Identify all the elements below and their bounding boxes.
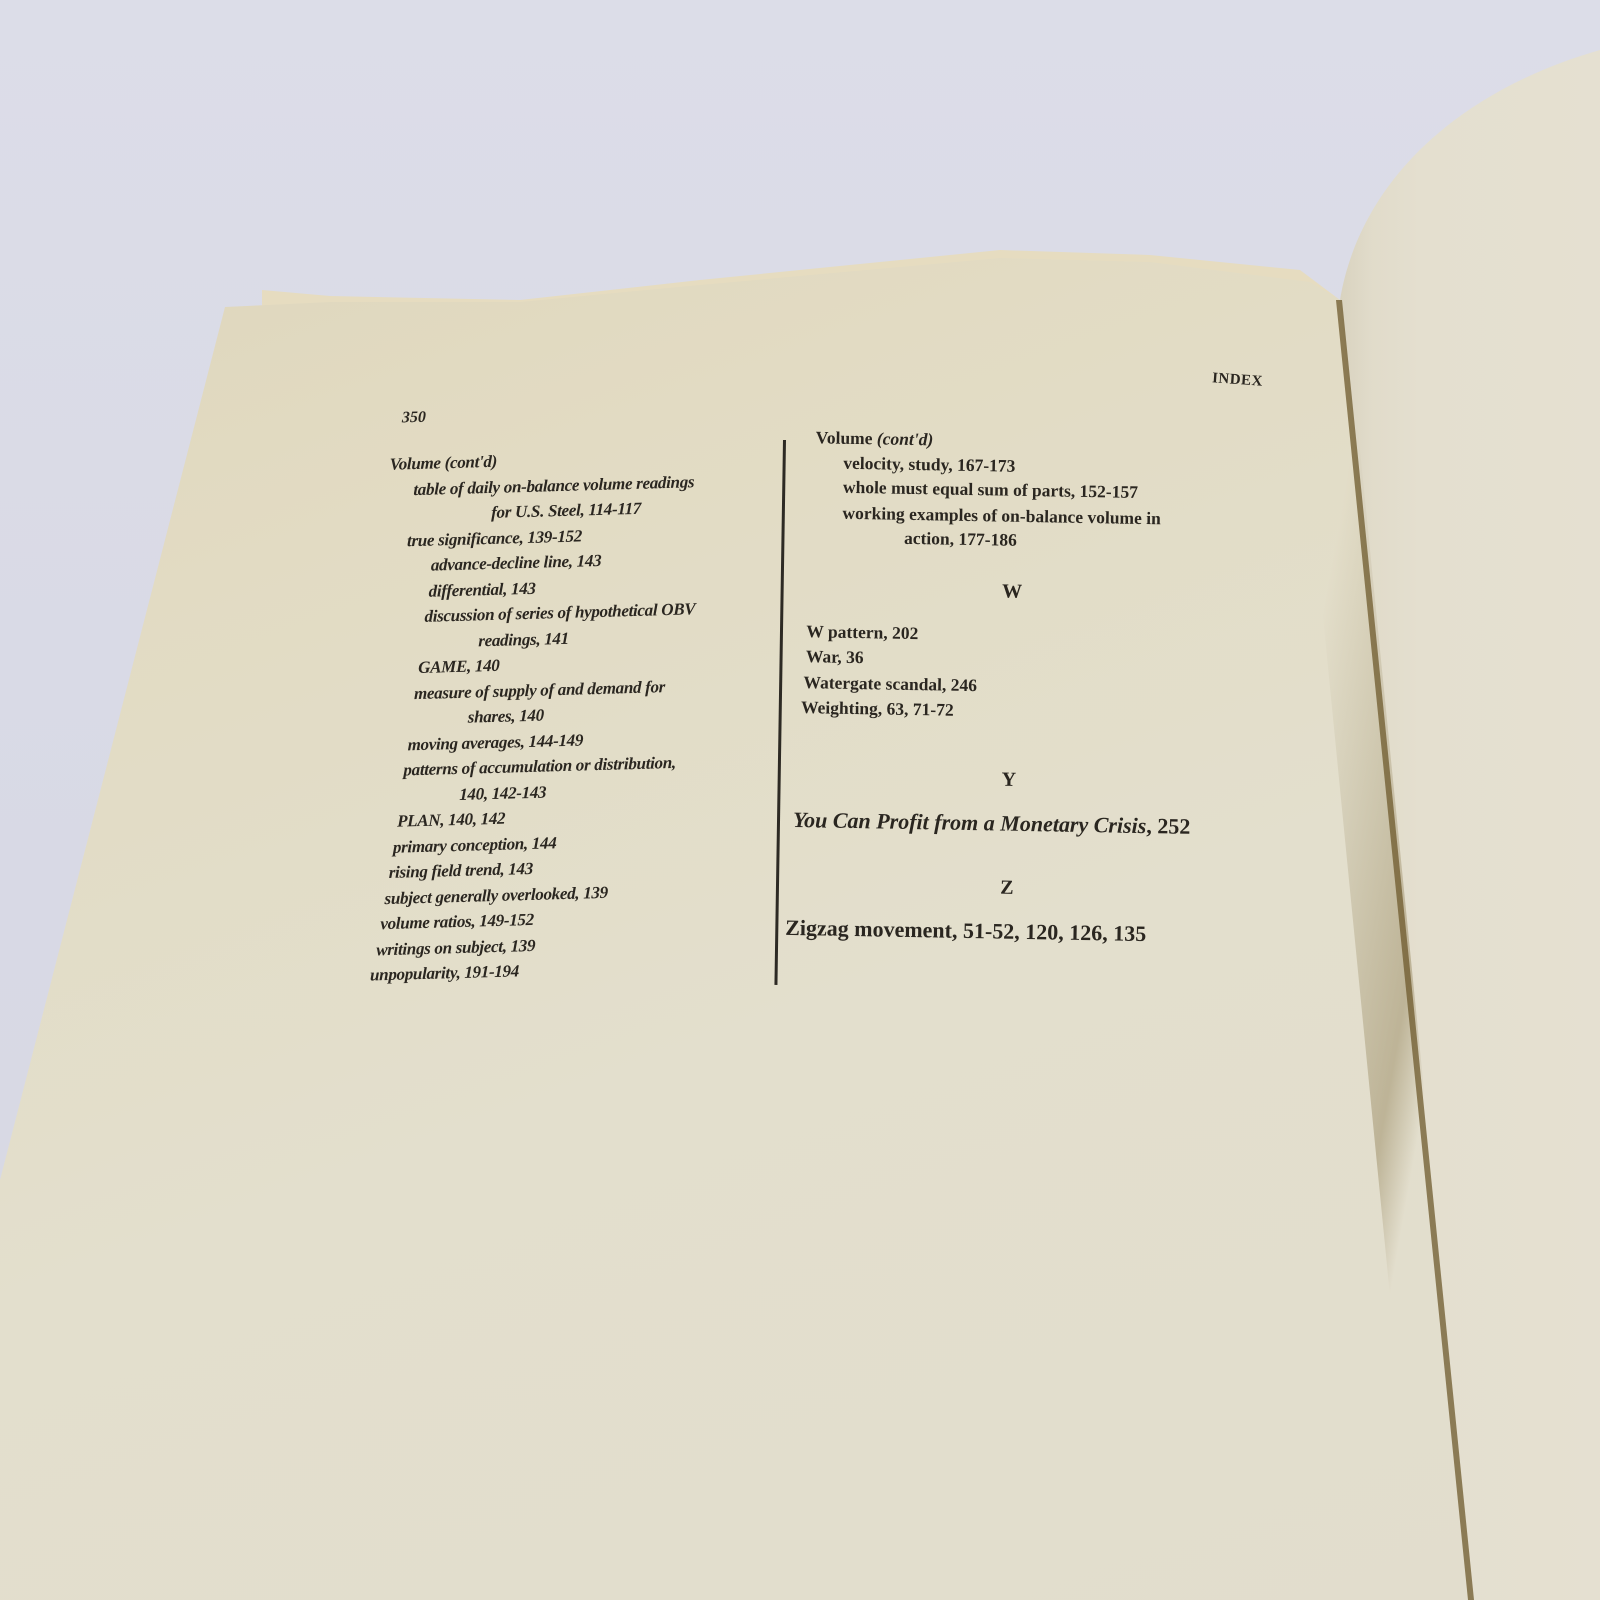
section-letter-w: W — [797, 574, 1257, 608]
page-reference: , 252 — [1146, 813, 1190, 839]
index-entry: Zigzag movement, 51-52, 120, 126, 135 — [785, 912, 1251, 950]
section-letter-y: Y — [794, 762, 1254, 796]
heading-term: Volume — [816, 427, 873, 448]
page-number: 350 — [402, 399, 780, 428]
heading-continued: (cont'd) — [877, 428, 934, 449]
index-column-left: 350 Volume (cont'd) table of daily on-ba… — [376, 399, 780, 988]
heading-continued: (cont'd) — [445, 452, 497, 472]
heading-term: Volume — [390, 453, 441, 473]
page-text: INDEX 350 Volume (cont'd) table of daily… — [0, 0, 1600, 1600]
running-head: INDEX — [1211, 370, 1263, 391]
book-title: You Can Profit from a Monetary Crisis — [793, 806, 1147, 837]
index-column-right: Volume (cont'd) velocity, study, 167-173… — [791, 425, 1260, 950]
section-letter-z: Z — [792, 870, 1252, 904]
index-entry: You Can Profit from a Monetary Crisis, 2… — [793, 804, 1253, 842]
